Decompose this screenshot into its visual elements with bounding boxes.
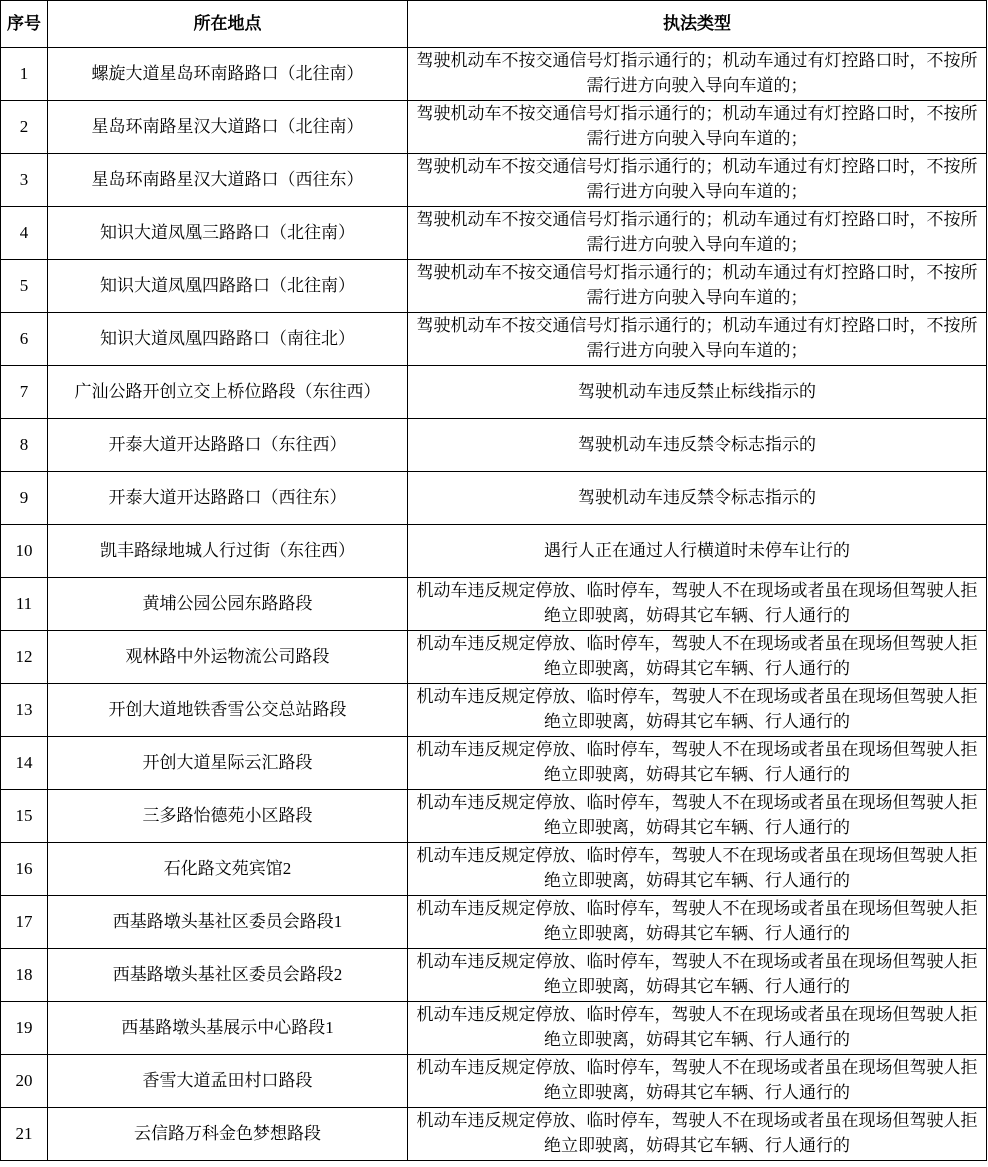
- enforcement-type-cell: 遇行人正在通过人行横道时未停车让行的: [408, 525, 987, 578]
- location-cell: 开创大道星际云汇路段: [48, 737, 408, 790]
- enforcement-type-cell: 驾驶机动车不按交通信号灯指示通行的；机动车通过有灯控路口时，不按所需行进方向驶入…: [408, 260, 987, 313]
- column-header-number: 序号: [1, 1, 48, 48]
- enforcement-type-cell: 机动车违反规定停放、临时停车，驾驶人不在现场或者虽在现场但驾驶人拒绝立即驶离，妨…: [408, 1108, 987, 1161]
- enforcement-type-cell: 机动车违反规定停放、临时停车，驾驶人不在现场或者虽在现场但驾驶人拒绝立即驶离，妨…: [408, 578, 987, 631]
- location-cell: 黄埔公园公园东路路段: [48, 578, 408, 631]
- enforcement-type-cell: 机动车违反规定停放、临时停车，驾驶人不在现场或者虽在现场但驾驶人拒绝立即驶离，妨…: [408, 843, 987, 896]
- enforcement-type-cell: 机动车违反规定停放、临时停车，驾驶人不在现场或者虽在现场但驾驶人拒绝立即驶离，妨…: [408, 896, 987, 949]
- table-row: 8开泰大道开达路路口（东往西）驾驶机动车违反禁令标志指示的: [1, 419, 987, 472]
- table-row: 11黄埔公园公园东路路段机动车违反规定停放、临时停车，驾驶人不在现场或者虽在现场…: [1, 578, 987, 631]
- location-cell: 开泰大道开达路路口（西往东）: [48, 472, 408, 525]
- row-number-cell: 13: [1, 684, 48, 737]
- row-number-cell: 21: [1, 1108, 48, 1161]
- enforcement-locations-table: 序号 所在地点 执法类型 1螺旋大道星岛环南路路口（北往南）驾驶机动车不按交通信…: [0, 0, 987, 1161]
- row-number-cell: 8: [1, 419, 48, 472]
- table-row: 15三多路怡德苑小区路段机动车违反规定停放、临时停车，驾驶人不在现场或者虽在现场…: [1, 790, 987, 843]
- enforcement-type-cell: 机动车违反规定停放、临时停车，驾驶人不在现场或者虽在现场但驾驶人拒绝立即驶离，妨…: [408, 684, 987, 737]
- row-number-cell: 5: [1, 260, 48, 313]
- table-row: 3星岛环南路星汉大道路口（西往东）驾驶机动车不按交通信号灯指示通行的；机动车通过…: [1, 154, 987, 207]
- table-row: 2星岛环南路星汉大道路口（北往南）驾驶机动车不按交通信号灯指示通行的；机动车通过…: [1, 101, 987, 154]
- enforcement-type-cell: 驾驶机动车不按交通信号灯指示通行的；机动车通过有灯控路口时，不按所需行进方向驶入…: [408, 48, 987, 101]
- location-cell: 知识大道凤凰四路路口（南往北）: [48, 313, 408, 366]
- location-cell: 西基路墩头基社区委员会路段2: [48, 949, 408, 1002]
- enforcement-type-cell: 驾驶机动车不按交通信号灯指示通行的；机动车通过有灯控路口时，不按所需行进方向驶入…: [408, 207, 987, 260]
- row-number-cell: 3: [1, 154, 48, 207]
- table-row: 21云信路万科金色梦想路段机动车违反规定停放、临时停车，驾驶人不在现场或者虽在现…: [1, 1108, 987, 1161]
- row-number-cell: 19: [1, 1002, 48, 1055]
- table-row: 7广汕公路开创立交上桥位路段（东往西）驾驶机动车违反禁止标线指示的: [1, 366, 987, 419]
- location-cell: 石化路文苑宾馆2: [48, 843, 408, 896]
- row-number-cell: 1: [1, 48, 48, 101]
- row-number-cell: 20: [1, 1055, 48, 1108]
- location-cell: 知识大道凤凰四路路口（北往南）: [48, 260, 408, 313]
- location-cell: 星岛环南路星汉大道路口（西往东）: [48, 154, 408, 207]
- table-row: 19西基路墩头基展示中心路段1机动车违反规定停放、临时停车，驾驶人不在现场或者虽…: [1, 1002, 987, 1055]
- row-number-cell: 18: [1, 949, 48, 1002]
- location-cell: 观林路中外运物流公司路段: [48, 631, 408, 684]
- enforcement-type-cell: 驾驶机动车不按交通信号灯指示通行的；机动车通过有灯控路口时，不按所需行进方向驶入…: [408, 101, 987, 154]
- row-number-cell: 11: [1, 578, 48, 631]
- row-number-cell: 2: [1, 101, 48, 154]
- row-number-cell: 15: [1, 790, 48, 843]
- row-number-cell: 4: [1, 207, 48, 260]
- table-row: 14开创大道星际云汇路段机动车违反规定停放、临时停车，驾驶人不在现场或者虽在现场…: [1, 737, 987, 790]
- location-cell: 西基路墩头基社区委员会路段1: [48, 896, 408, 949]
- enforcement-type-cell: 驾驶机动车不按交通信号灯指示通行的；机动车通过有灯控路口时，不按所需行进方向驶入…: [408, 313, 987, 366]
- enforcement-type-cell: 机动车违反规定停放、临时停车，驾驶人不在现场或者虽在现场但驾驶人拒绝立即驶离，妨…: [408, 949, 987, 1002]
- location-cell: 三多路怡德苑小区路段: [48, 790, 408, 843]
- location-cell: 开创大道地铁香雪公交总站路段: [48, 684, 408, 737]
- row-number-cell: 10: [1, 525, 48, 578]
- location-cell: 云信路万科金色梦想路段: [48, 1108, 408, 1161]
- row-number-cell: 12: [1, 631, 48, 684]
- row-number-cell: 7: [1, 366, 48, 419]
- enforcement-type-cell: 驾驶机动车不按交通信号灯指示通行的；机动车通过有灯控路口时，不按所需行进方向驶入…: [408, 154, 987, 207]
- table-row: 4知识大道凤凰三路路口（北往南）驾驶机动车不按交通信号灯指示通行的；机动车通过有…: [1, 207, 987, 260]
- table-row: 10凯丰路绿地城人行过街（东往西）遇行人正在通过人行横道时未停车让行的: [1, 525, 987, 578]
- row-number-cell: 6: [1, 313, 48, 366]
- column-header-type: 执法类型: [408, 1, 987, 48]
- location-cell: 香雪大道孟田村口路段: [48, 1055, 408, 1108]
- enforcement-type-cell: 机动车违反规定停放、临时停车，驾驶人不在现场或者虽在现场但驾驶人拒绝立即驶离，妨…: [408, 790, 987, 843]
- location-cell: 星岛环南路星汉大道路口（北往南）: [48, 101, 408, 154]
- row-number-cell: 16: [1, 843, 48, 896]
- enforcement-type-cell: 机动车违反规定停放、临时停车，驾驶人不在现场或者虽在现场但驾驶人拒绝立即驶离，妨…: [408, 1002, 987, 1055]
- row-number-cell: 9: [1, 472, 48, 525]
- enforcement-type-cell: 驾驶机动车违反禁令标志指示的: [408, 472, 987, 525]
- enforcement-type-cell: 驾驶机动车违反禁止标线指示的: [408, 366, 987, 419]
- table-row: 18西基路墩头基社区委员会路段2机动车违反规定停放、临时停车，驾驶人不在现场或者…: [1, 949, 987, 1002]
- table-body: 1螺旋大道星岛环南路路口（北往南）驾驶机动车不按交通信号灯指示通行的；机动车通过…: [1, 48, 987, 1161]
- enforcement-type-cell: 机动车违反规定停放、临时停车，驾驶人不在现场或者虽在现场但驾驶人拒绝立即驶离，妨…: [408, 737, 987, 790]
- enforcement-type-cell: 机动车违反规定停放、临时停车，驾驶人不在现场或者虽在现场但驾驶人拒绝立即驶离，妨…: [408, 631, 987, 684]
- location-cell: 凯丰路绿地城人行过街（东往西）: [48, 525, 408, 578]
- location-cell: 螺旋大道星岛环南路路口（北往南）: [48, 48, 408, 101]
- table-row: 9开泰大道开达路路口（西往东）驾驶机动车违反禁令标志指示的: [1, 472, 987, 525]
- location-cell: 广汕公路开创立交上桥位路段（东往西）: [48, 366, 408, 419]
- table-row: 6知识大道凤凰四路路口（南往北）驾驶机动车不按交通信号灯指示通行的；机动车通过有…: [1, 313, 987, 366]
- table-row: 16石化路文苑宾馆2机动车违反规定停放、临时停车，驾驶人不在现场或者虽在现场但驾…: [1, 843, 987, 896]
- row-number-cell: 14: [1, 737, 48, 790]
- table-header-row: 序号 所在地点 执法类型: [1, 1, 987, 48]
- enforcement-type-cell: 机动车违反规定停放、临时停车，驾驶人不在现场或者虽在现场但驾驶人拒绝立即驶离，妨…: [408, 1055, 987, 1108]
- table-row: 17西基路墩头基社区委员会路段1机动车违反规定停放、临时停车，驾驶人不在现场或者…: [1, 896, 987, 949]
- table-row: 13开创大道地铁香雪公交总站路段机动车违反规定停放、临时停车，驾驶人不在现场或者…: [1, 684, 987, 737]
- table-row: 20香雪大道孟田村口路段机动车违反规定停放、临时停车，驾驶人不在现场或者虽在现场…: [1, 1055, 987, 1108]
- table-row: 5知识大道凤凰四路路口（北往南）驾驶机动车不按交通信号灯指示通行的；机动车通过有…: [1, 260, 987, 313]
- location-cell: 知识大道凤凰三路路口（北往南）: [48, 207, 408, 260]
- table-row: 12观林路中外运物流公司路段机动车违反规定停放、临时停车，驾驶人不在现场或者虽在…: [1, 631, 987, 684]
- enforcement-type-cell: 驾驶机动车违反禁令标志指示的: [408, 419, 987, 472]
- location-cell: 西基路墩头基展示中心路段1: [48, 1002, 408, 1055]
- location-cell: 开泰大道开达路路口（东往西）: [48, 419, 408, 472]
- table-row: 1螺旋大道星岛环南路路口（北往南）驾驶机动车不按交通信号灯指示通行的；机动车通过…: [1, 48, 987, 101]
- column-header-location: 所在地点: [48, 1, 408, 48]
- row-number-cell: 17: [1, 896, 48, 949]
